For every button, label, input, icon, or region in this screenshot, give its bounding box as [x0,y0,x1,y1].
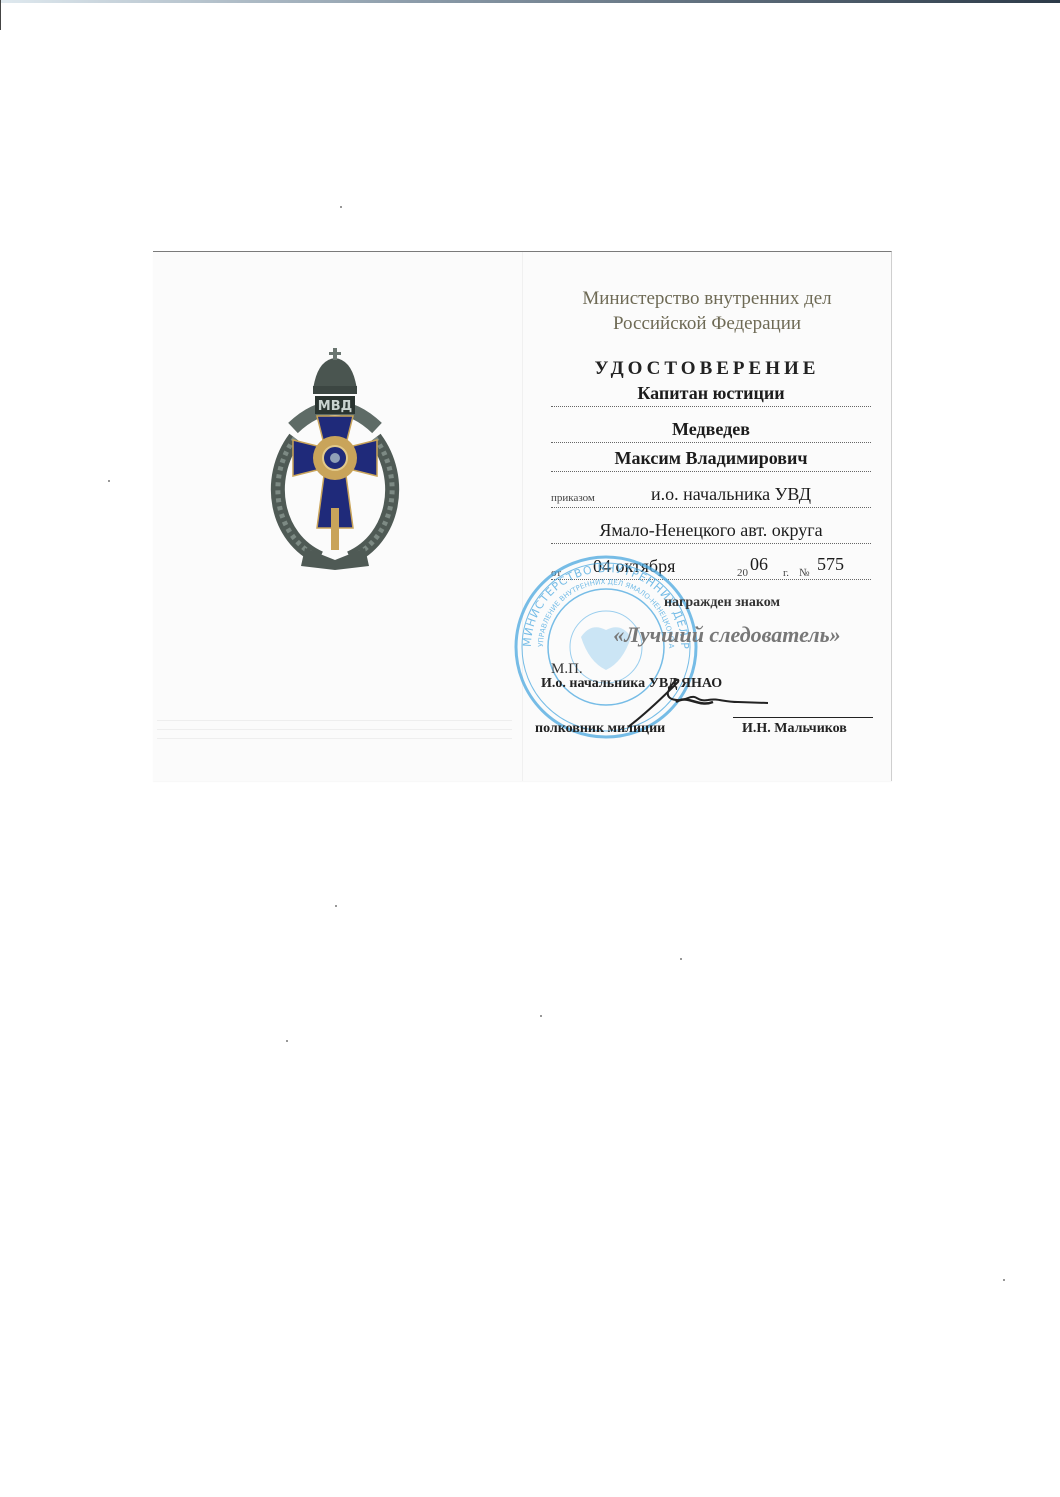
scan-speck [340,206,342,208]
rank-field: Капитан юстиции [551,382,871,407]
order-prefix: приказом [551,487,595,509]
given-names-field: Максим Владимирович [551,447,871,472]
certificate-right-page: Министерство внутренних дел Российской Ф… [523,252,891,781]
scan-speck [286,1040,288,1042]
svg-text:МВД: МВД [318,399,352,414]
signer-rank: полковник милиции [535,721,665,737]
document-title: УДОСТОВЕРЕНИЕ [523,358,891,380]
scan-speck [108,480,110,482]
order-number: 575 [817,554,844,575]
scan-edge-left [0,0,1,30]
scan-speck [1003,1279,1005,1281]
award-name: «Лучший следователь» [523,622,891,648]
ministry-header: Министерство внутренних дел Российской Ф… [523,286,891,336]
region-field: Ямало-Ненецкого авт. округа [551,519,871,544]
ministry-line-2: Российской Федерации [523,311,891,336]
scan-edge [0,0,1060,3]
faint-show-through-text [157,712,512,752]
certificate-card: МВД Министерство внутренних дел Российск… [153,251,892,781]
scan-speck [680,958,682,960]
mvd-badge-icon: МВД [265,348,405,573]
ministry-line-1: Министерство внутренних дел [523,286,891,311]
year-suffix: г. [783,567,789,579]
year-prefix: 20 [737,567,748,579]
certificate-left-page: МВД [153,252,522,781]
order-by-field: приказом и.о. начальника УВД [551,483,871,508]
number-prefix: № [799,567,810,579]
awarded-text: награжден знаком [523,595,891,611]
scan-speck [335,905,337,907]
order-by-value: и.о. начальника УВД [611,484,811,504]
order-year: 06 [750,554,768,575]
scan-speck [540,1015,542,1017]
surname-field: Медведев [551,418,871,443]
signer-name: И.Н. Мальчиков [742,721,847,737]
